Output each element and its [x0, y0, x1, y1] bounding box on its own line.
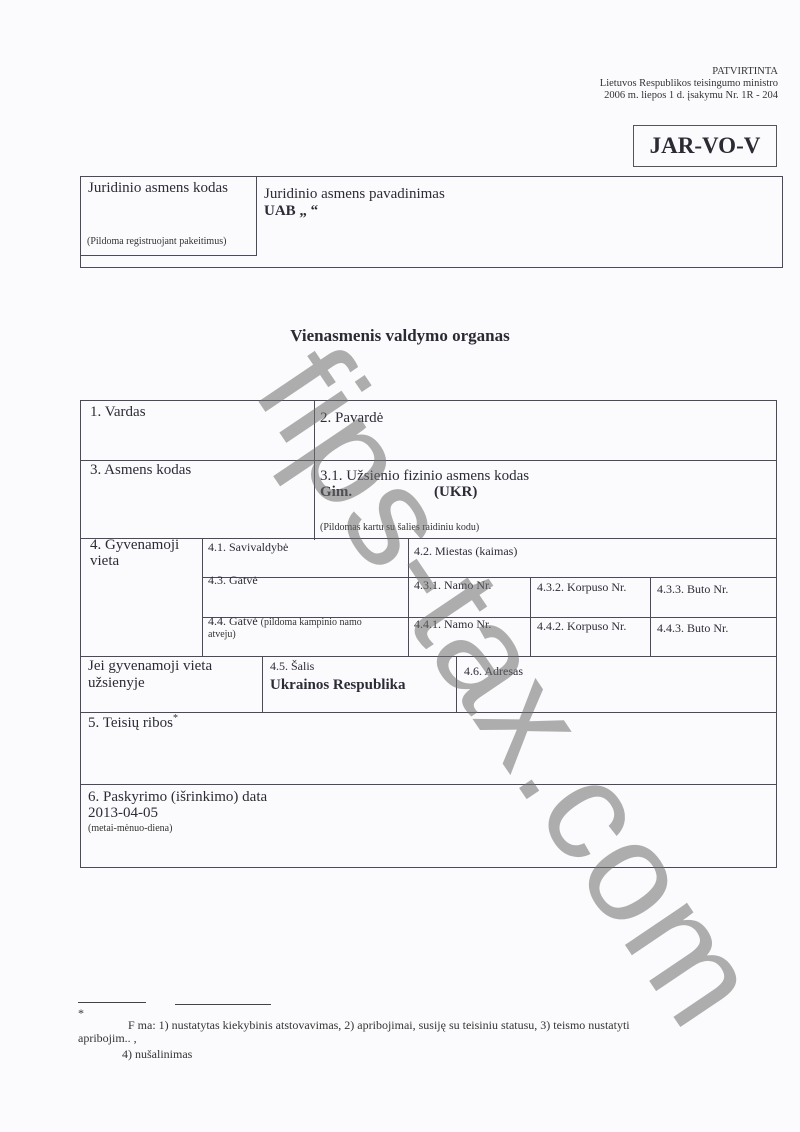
- foreign-code-prefix: Gim.: [320, 484, 352, 501]
- address-label: 4.6. Adresas: [464, 664, 523, 679]
- approval-authority: Lietuvos Respublikos teisingumo ministro: [600, 78, 778, 90]
- foreign-code-note: (Pildomas kartu su šalies raidiniu kodu): [320, 522, 479, 533]
- rights-limits-label: 5. Teisių ribos*: [88, 713, 178, 732]
- document-page: PATVIRTINTA Lietuvos Respublikos teising…: [0, 0, 800, 1132]
- corner-building-no-label: 4.4.2. Korpuso Nr.: [537, 619, 626, 634]
- col-divider-country: [262, 656, 263, 713]
- personal-code-label: 3. Asmens kodas: [90, 462, 191, 479]
- section-title: Vienasmenis valdymo organas: [0, 326, 800, 346]
- appointment-date-value: 2013-04-05: [88, 805, 158, 822]
- corner-flat-no-label: 4.4.3. Buto Nr.: [657, 621, 728, 636]
- row-divider-6: [80, 712, 777, 713]
- footnote-line-1: F ma: 1) nustatytas kiekybinis atstovavi…: [128, 1018, 630, 1033]
- col-divider-address: [456, 656, 457, 713]
- col-divider-names: [314, 400, 315, 540]
- building-no-label: 4.3.2. Korpuso Nr.: [537, 580, 626, 595]
- corner-street-note-2: atveju): [208, 629, 236, 640]
- residence-label-1: 4. Gyvenamoji: [90, 537, 179, 554]
- foreign-code-label: 3.1. Užsienio fizinio asmens kodas: [320, 468, 529, 485]
- country-label: 4.5. Šalis: [270, 659, 314, 674]
- row-divider-2: [80, 538, 777, 539]
- flat-no-label: 4.3.3. Buto Nr.: [657, 582, 728, 597]
- footnote-mark: *: [173, 713, 178, 724]
- entity-divider: [256, 176, 257, 256]
- footnote-rule-1: [78, 1002, 146, 1003]
- foreign-code-country: (UKR): [434, 484, 477, 501]
- approval-title: PATVIRTINTA: [600, 66, 778, 78]
- col-divider-city: [408, 538, 409, 656]
- footnote-line-2: apribojim.. ,: [78, 1031, 137, 1046]
- footnote-asterisk: *: [78, 1006, 84, 1021]
- col-divider-residence: [202, 538, 203, 656]
- appointment-date-label: 6. Paskyrimo (išrinkimo) data: [88, 789, 267, 806]
- rights-limits-text: 5. Teisių ribos: [88, 715, 173, 731]
- approval-order: 2006 m. liepos 1 d. įsakymu Nr. 1R - 204: [600, 90, 778, 102]
- corner-street-note: (pildoma kampinio namo: [261, 617, 362, 628]
- footnote-line-3: 4) nušalinimas: [122, 1047, 192, 1062]
- entity-name-label: Juridinio asmens pavadinimas: [264, 186, 445, 203]
- form-code: JAR-VO-V: [633, 125, 777, 167]
- abroad-label-2: užsienyje: [88, 675, 145, 692]
- corner-street-label: 4.4. Gatvė (pildoma kampinio namo: [208, 614, 362, 629]
- city-label: 4.2. Miestas (kaimas): [414, 544, 517, 559]
- first-name-label: 1. Vardas: [90, 404, 146, 421]
- corner-house-no-label: 4.4.1. Namo Nr.: [414, 617, 491, 632]
- street-label: 4.3. Gatvė: [208, 573, 258, 588]
- col-divider-flat: [650, 577, 651, 656]
- corner-street-label-text: 4.4. Gatvė: [208, 614, 258, 628]
- abroad-label-1: Jei gyvenamoji vieta: [88, 658, 212, 675]
- entity-name-value: UAB „ “: [264, 203, 318, 220]
- entity-code-label: Juridinio asmens kodas: [88, 180, 228, 197]
- row-divider-1: [80, 460, 777, 461]
- last-name-label: 2. Pavardė: [320, 410, 383, 427]
- approval-block: PATVIRTINTA Lietuvos Respublikos teising…: [600, 66, 778, 102]
- residence-label-2: vieta: [90, 553, 119, 570]
- entity-code-note: (Pildoma registruojant pakeitimus): [87, 236, 226, 247]
- entity-bottom-left: [80, 255, 257, 256]
- appointment-date-note: (metai-mėnuo-diena): [88, 823, 172, 834]
- footnote-rule-2: [175, 1004, 271, 1005]
- country-value: Ukrainos Respublika: [270, 677, 405, 694]
- municipality-label: 4.1. Savivaldybė: [208, 540, 288, 555]
- col-divider-building: [530, 577, 531, 656]
- house-no-label: 4.3.1. Namo Nr.: [414, 578, 491, 593]
- row-divider-7: [80, 784, 777, 785]
- row-divider-5: [80, 656, 777, 657]
